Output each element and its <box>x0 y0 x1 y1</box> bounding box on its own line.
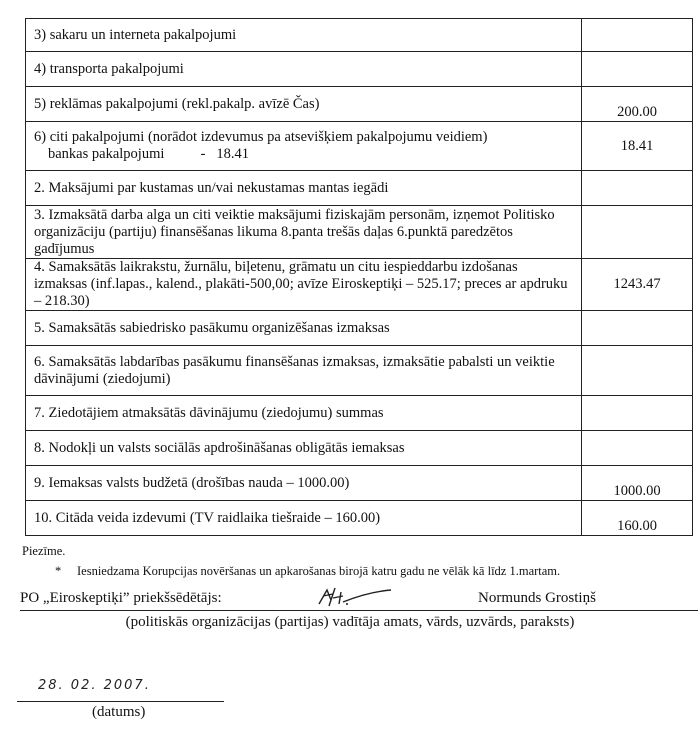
note-text-line: *Iesniedzama Korupcijas novēršanas un ap… <box>55 564 560 579</box>
description-text: 7. Ziedotājiem atmaksātās dāvinājumu (zi… <box>34 405 384 421</box>
description-subline: bankas pakalpojumi - 18.41 <box>34 146 573 163</box>
description-text: 3) sakaru un interneta pakalpojumi <box>34 27 236 43</box>
signer-name: Normunds Grostiņš <box>478 590 596 607</box>
date-line <box>17 701 224 702</box>
expense-amount: 18.41 <box>582 122 693 171</box>
expense-description: 7. Ziedotājiem atmaksātās dāvinājumu (zi… <box>26 396 582 431</box>
table-row: 4) transporta pakalpojumi <box>26 52 693 87</box>
table-row: 9. Iemaksas valsts budžetā (drošības nau… <box>26 466 693 501</box>
expenses-table: 3) sakaru un interneta pakalpojumi4) tra… <box>25 18 693 536</box>
expense-amount <box>582 171 693 206</box>
table-row: 5. Samaksātās sabiedrisko pasākumu organ… <box>26 311 693 346</box>
expense-description: 8. Nodokļi un valsts sociālās apdrošināš… <box>26 431 582 466</box>
expense-amount <box>582 431 693 466</box>
expense-amount: 1000.00 <box>582 466 693 501</box>
table-row: 4. Samaksātās laikrakstu, žurnālu, biļet… <box>26 259 693 311</box>
expense-description: 9. Iemaksas valsts budžetā (drošības nau… <box>26 466 582 501</box>
signature-caption: (politiskās organizācijas (partijas) vad… <box>0 614 700 631</box>
expense-description: 6) citi pakalpojumi (norādot izdevumus p… <box>26 122 582 171</box>
table-row: 3. Izmaksātā darba alga un citi veiktie … <box>26 206 693 259</box>
expense-amount <box>582 396 693 431</box>
note-asterisk: * <box>55 564 77 579</box>
expense-amount: 200.00 <box>582 87 693 122</box>
table-row: 2. Maksājumi par kustamas un/vai nekusta… <box>26 171 693 206</box>
description-text: 5. Samaksātās sabiedrisko pasākumu organ… <box>34 320 390 336</box>
description-text: 8. Nodokļi un valsts sociālās apdrošināš… <box>34 440 405 456</box>
expense-description: 10. Citāda veida izdevumi (TV raidlaika … <box>26 501 582 536</box>
table-row: 6) citi pakalpojumi (norādot izdevumus p… <box>26 122 693 171</box>
expense-description: 5. Samaksātās sabiedrisko pasākumu organ… <box>26 311 582 346</box>
table-row: 8. Nodokļi un valsts sociālās apdrošināš… <box>26 431 693 466</box>
table-row: 7. Ziedotājiem atmaksātās dāvinājumu (zi… <box>26 396 693 431</box>
expense-description: 4) transporta pakalpojumi <box>26 52 582 87</box>
table-row: 5) reklāmas pakalpojumi (rekl.pakalp. av… <box>26 87 693 122</box>
handwritten-date: 28. 02. 2007. <box>38 678 151 693</box>
expense-amount: 1243.47 <box>582 259 693 311</box>
expense-amount <box>582 52 693 87</box>
description-text: 4. Samaksātās laikrakstu, žurnālu, biļet… <box>34 259 568 309</box>
signer-role: PO „Eiroskeptiķi” priekšsēdētājs: <box>20 590 222 607</box>
table-row: 3) sakaru un interneta pakalpojumi <box>26 19 693 52</box>
description-text: 10. Citāda veida izdevumi (TV raidlaika … <box>34 510 380 526</box>
description-text: 6) citi pakalpojumi (norādot izdevumus p… <box>34 129 487 145</box>
expense-description: 3. Izmaksātā darba alga un citi veiktie … <box>26 206 582 259</box>
table-row: 10. Citāda veida izdevumi (TV raidlaika … <box>26 501 693 536</box>
expense-description: 2. Maksājumi par kustamas un/vai nekusta… <box>26 171 582 206</box>
expense-description: 6. Samaksātās labdarības pasākumu finans… <box>26 346 582 396</box>
expense-description: 5) reklāmas pakalpojumi (rekl.pakalp. av… <box>26 87 582 122</box>
description-text: 3. Izmaksātā darba alga un citi veiktie … <box>34 207 555 257</box>
description-text: 4) transporta pakalpojumi <box>34 61 184 77</box>
expense-description: 4. Samaksātās laikrakstu, žurnālu, biļet… <box>26 259 582 311</box>
expense-amount <box>582 206 693 259</box>
table-row: 6. Samaksātās labdarības pasākumu finans… <box>26 346 693 396</box>
date-caption: (datums) <box>92 704 145 721</box>
expense-description: 3) sakaru un interneta pakalpojumi <box>26 19 582 52</box>
handwritten-signature-icon <box>313 584 393 610</box>
expense-amount <box>582 311 693 346</box>
description-text: 2. Maksājumi par kustamas un/vai nekusta… <box>34 180 388 196</box>
note-text: Iesniedzama Korupcijas novēršanas un apk… <box>77 564 560 578</box>
signature-line: PO „Eiroskeptiķi” priekšsēdētājs: Normun… <box>20 590 698 611</box>
expense-amount <box>582 346 693 396</box>
note-title: Piezīme. <box>22 544 65 559</box>
expense-amount: 160.00 <box>582 501 693 536</box>
expense-amount <box>582 19 693 52</box>
description-text: 6. Samaksātās labdarības pasākumu finans… <box>34 354 555 387</box>
description-text: 5) reklāmas pakalpojumi (rekl.pakalp. av… <box>34 96 319 112</box>
description-text: 9. Iemaksas valsts budžetā (drošības nau… <box>34 475 349 491</box>
